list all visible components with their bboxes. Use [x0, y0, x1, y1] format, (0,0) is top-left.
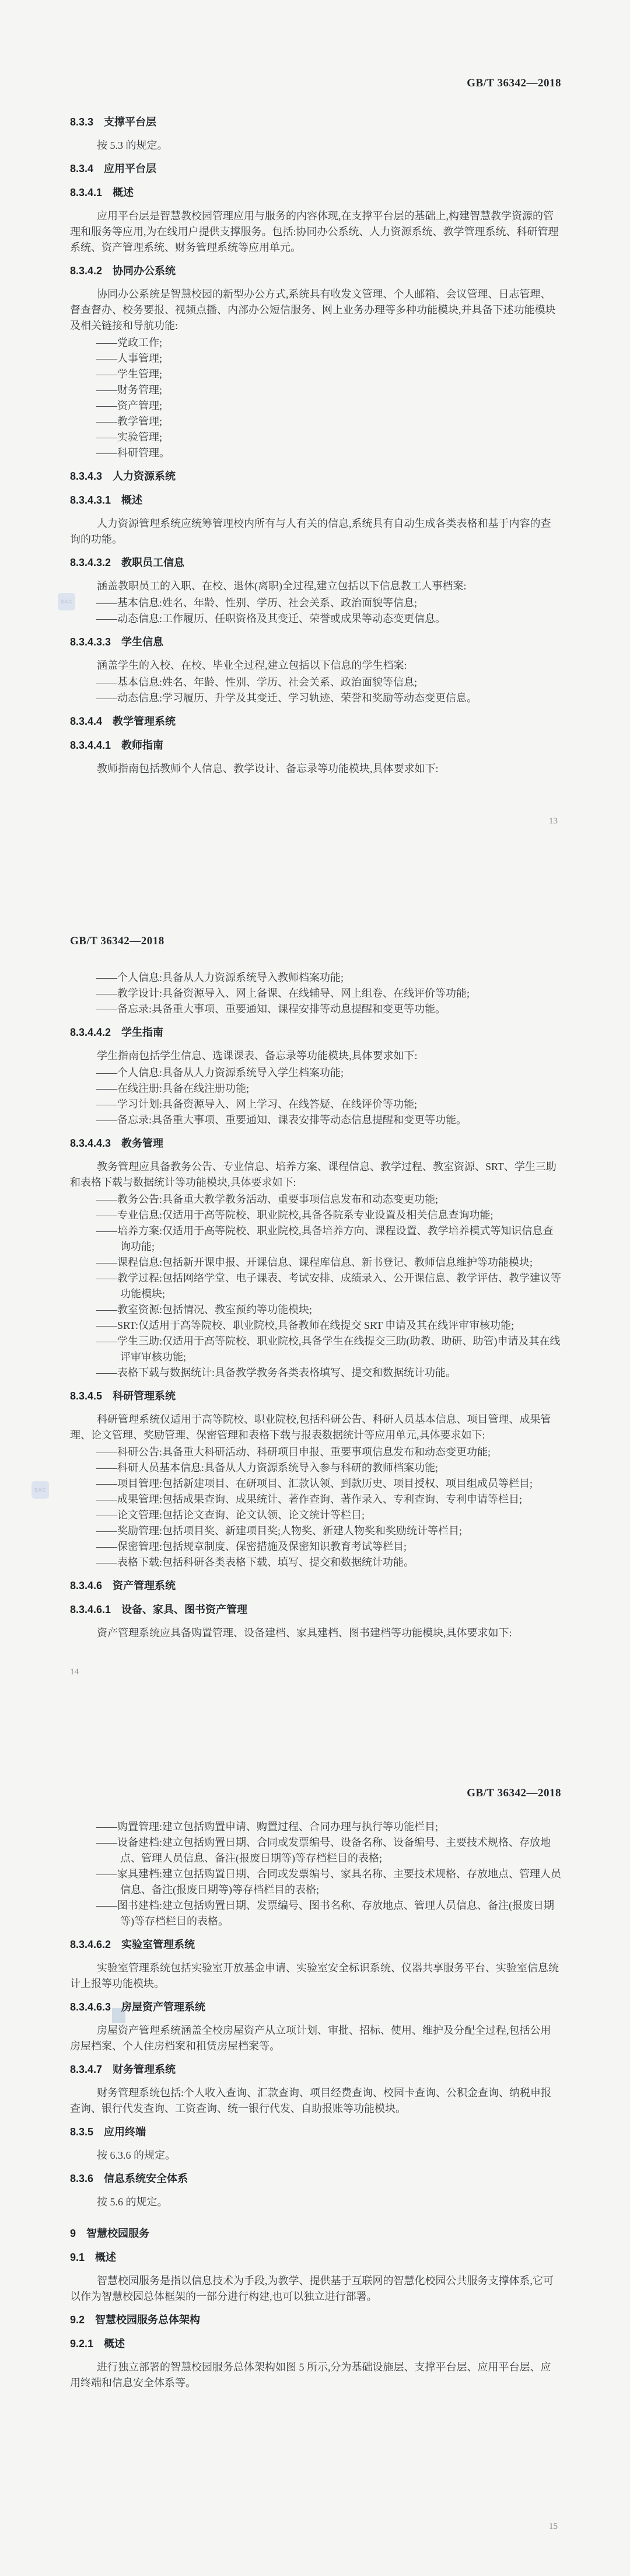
- clause-heading: 8.3.4 应用平台层: [70, 160, 561, 177]
- clause-heading: 8.3.4.3.3 学生信息: [70, 634, 561, 651]
- dash-list-item: ——基本信息:姓名、年龄、性别、学历、社会关系、政治面貌等信息;: [70, 675, 561, 690]
- document-page-15: GB/T 36342—2018 ——购置管理:建立包括购置申请、购置过程、合同办…: [0, 1727, 630, 2576]
- dash-list-item: ——教学管理;: [70, 414, 561, 430]
- clause-heading: 8.3.4.4.1 教师指南: [70, 737, 561, 754]
- paragraph: 人力资源管理系统应统筹管理校内所有与人有关的信息,系统具有自动生成各类表格和基于…: [70, 516, 561, 547]
- page-body: ——个人信息:具备从人力资源系统导入教师档案功能;——教学设计:具备资源导入、网…: [70, 970, 561, 1641]
- dash-list-item: ——人事管理;: [70, 351, 561, 366]
- paragraph: 学生指南包括学生信息、选课课表、备忘录等功能模块,具体要求如下:: [70, 1048, 561, 1064]
- paragraph: 涵盖教职员工的入职、在校、退休(离职)全过程,建立包括以下信息教工人事档案:: [70, 578, 561, 594]
- dash-list-item: ——基本信息:姓名、年龄、性别、学历、社会关系、政治面貌等信息;: [70, 595, 561, 611]
- dash-list-item: ——图书建档:建立包括购置日期、发票编号、图书名称、存放地点、管理人员信息、备注…: [70, 1898, 561, 1929]
- clause-heading: 8.3.3 支撑平台层: [70, 114, 561, 131]
- dash-list-item: ——学生管理;: [70, 366, 561, 382]
- dash-list-item: ——个人信息:具备从人力资源系统导入教师档案功能;: [70, 970, 561, 986]
- clause-heading: 8.3.4.4 教学管理系统: [70, 713, 561, 730]
- clause-heading: 8.3.6 信息系统安全体系: [70, 2170, 561, 2187]
- paragraph: 进行独立部署的智慧校园服务总体架构如图 5 所示,分为基础设施层、支撑平台层、应…: [70, 2359, 561, 2391]
- page-number: 14: [70, 1667, 79, 1677]
- paragraph: 资产管理系统应具备购置管理、设备建档、家具建档、图书建档等功能模块,具体要求如下…: [70, 1625, 561, 1641]
- paragraph: 房屋资产管理系统涵盖全校房屋资产从立项计划、审批、招标、使用、维护及分配全过程,…: [70, 2023, 561, 2054]
- clause-heading: 8.3.4.6.3 房屋资产管理系统: [70, 1999, 561, 2016]
- dash-list-item: ——教学过程:包括网络学堂、电子课表、考试安排、成绩录入、公开课信息、教学评估、…: [70, 1270, 561, 1302]
- clause-heading: 8.3.4.5 科研管理系统: [70, 1388, 561, 1405]
- dash-list-item: ——科研管理。: [70, 445, 561, 461]
- paragraph: 涵盖学生的入校、在校、毕业全过程,建立包括以下信息的学生档案:: [70, 658, 561, 673]
- clause-heading: 9.2 智慧校园服务总体架构: [70, 2312, 561, 2329]
- dash-list-item: ——表格下载:包括科研各类表格下载、填写、提交和数据统计功能。: [70, 1555, 561, 1570]
- scan-highlight-artifact: [112, 2008, 125, 2023]
- dash-list-item: ——奖励管理:包括项目奖、新建项目奖;人物奖、新建人物奖和奖励统计等栏目;: [70, 1523, 561, 1539]
- paragraph: 科研管理系统仅适用于高等院校、职业院校,包括科研公告、科研人员基本信息、项目管理…: [70, 1412, 561, 1443]
- clause-heading: 9 智慧校园服务: [70, 2225, 561, 2242]
- clause-heading: 8.3.4.4.3 教务管理: [70, 1135, 561, 1152]
- document-page-13: GB/T 36342—2018 8.3.3 支撑平台层按 5.3 的规定。8.3…: [0, 0, 630, 852]
- paragraph: 教师指南包括教师个人信息、教学设计、备忘录等功能模块,具体要求如下:: [70, 761, 561, 777]
- dash-list-item: ——个人信息:具备从人力资源系统导入学生档案功能;: [70, 1065, 561, 1081]
- clause-heading: 9.2.1 概述: [70, 2336, 561, 2352]
- sac-watermark-icon: SAC: [32, 1481, 49, 1499]
- document-page-14: GB/T 36342—2018 ——个人信息:具备从人力资源系统导入教师档案功能…: [0, 852, 630, 1727]
- dash-list-item: ——科研人员基本信息:具备从人力资源系统导入参与科研的教师档案功能;: [70, 1460, 561, 1476]
- paragraph: 协同办公系统是智慧校园的新型办公方式,系统具有收发文管理、个人邮箱、会议管理、日…: [70, 287, 561, 334]
- dash-list-item: ——学生三助:仅适用于高等院校、职业院校,具备学生在线提交三助(助教、助研、助管…: [70, 1334, 561, 1365]
- clause-heading: 8.3.4.6 资产管理系统: [70, 1577, 561, 1594]
- dash-list-item: ——学习计划:具备资源导入、网上学习、在线答疑、在线评价等功能;: [70, 1097, 561, 1112]
- dash-list-item: ——项目管理:包括新建项目、在研项目、汇款认领、到款历史、项目授权、项目组成员等…: [70, 1476, 561, 1492]
- running-header: GB/T 36342—2018: [70, 75, 561, 92]
- dash-list-item: ——课程信息:包括新开课申报、开课信息、课程库信息、新书登记、教师信息维护等功能…: [70, 1255, 561, 1270]
- paragraph: 应用平台层是智慧教校园管理应用与服务的内容体现,在支撑平台层的基础上,构建智慧教…: [70, 208, 561, 256]
- running-header: GB/T 36342—2018: [70, 1785, 561, 1802]
- dash-list-item: ——科研公告:具备重大科研活动、科研项目申报、重要事项信息发布和动态变更功能;: [70, 1444, 561, 1460]
- dash-list-item: ——教务公告:具备重大教学教务活动、重要事项信息发布和动态变更功能;: [70, 1192, 561, 1207]
- scanned-standard-document: GB/T 36342—2018 8.3.3 支撑平台层按 5.3 的规定。8.3…: [0, 0, 630, 2576]
- dash-list-item: ——论文管理:包括论文查询、论文认领、论文统计等栏目;: [70, 1507, 561, 1523]
- running-header: GB/T 36342—2018: [70, 933, 561, 950]
- dash-list-item: ——保密管理:包括规章制度、保密措施及保密知识教育考试等栏目;: [70, 1539, 561, 1555]
- dash-list-item: ——党政工作;: [70, 335, 561, 351]
- dash-list-item: ——资产管理;: [70, 398, 561, 414]
- paragraph: 智慧校园服务是指以信息技术为手段,为教学、提供基于互联网的智慧化校园公共服务支撑…: [70, 2273, 561, 2305]
- dash-list-item: ——家具建档:建立包括购置日期、合同或发票编号、家具名称、主要技术规格、存放地点…: [70, 1866, 561, 1898]
- clause-heading: 8.3.4.4.2 学生指南: [70, 1024, 561, 1041]
- paragraph: 按 5.6 的规定。: [70, 2194, 561, 2210]
- dash-list-item: ——专业信息:仅适用于高等院校、职业院校,具备各院系专业设置及相关信息查询功能;: [70, 1207, 561, 1223]
- sac-watermark-icon: SAC: [58, 593, 75, 610]
- page-body: 8.3.3 支撑平台层按 5.3 的规定。8.3.4 应用平台层8.3.4.1 …: [70, 114, 561, 777]
- paragraph: 财务管理系统包括:个人收入查询、汇款查询、项目经费查询、校园卡查询、公积金查询、…: [70, 2085, 561, 2117]
- dash-list-item: ——教学设计:具备资源导入、网上备课、在线辅导、网上组卷、在线评价等功能;: [70, 986, 561, 1001]
- dash-list-item: ——备忘录:具备重大事项、重要通知、课程安排等动息提醒和变更等功能。: [70, 1001, 561, 1017]
- clause-heading: 8.3.4.3.2 教职员工信息: [70, 554, 561, 571]
- page-number: 15: [549, 2522, 558, 2532]
- dash-list-item: ——实验管理;: [70, 430, 561, 445]
- dash-list-item: ——动态信息:工作履历、任职资格及其变迁、荣誉或成果等动态变更信息。: [70, 611, 561, 627]
- clause-heading: 8.3.4.2 协同办公系统: [70, 263, 561, 280]
- clause-heading: 8.3.4.3 人力资源系统: [70, 468, 561, 485]
- dash-list-item: ——成果管理:包括成果查询、成果统计、著作查询、著作录入、专利查询、专利申请等栏…: [70, 1492, 561, 1507]
- clause-heading: 8.3.4.1 概述: [70, 184, 561, 201]
- clause-heading: 8.3.4.6.1 设备、家具、图书资产管理: [70, 1601, 561, 1618]
- dash-list-item: ——财务管理;: [70, 382, 561, 398]
- paragraph: 按 5.3 的规定。: [70, 138, 561, 153]
- paragraph: 教务管理应具备教务公告、专业信息、培养方案、课程信息、教学过程、教室资源、SRT…: [70, 1159, 561, 1191]
- dash-list-item: ——在线注册:具备在线注册功能;: [70, 1081, 561, 1097]
- dash-list-item: ——SRT:仅适用于高等院校、职业院校,具备教师在线提交 SRT 申请及其在线评…: [70, 1318, 561, 1334]
- page-number: 13: [549, 816, 558, 826]
- clause-heading: 8.3.4.7 财务管理系统: [70, 2061, 561, 2078]
- clause-heading: 8.3.5 应用终端: [70, 2124, 561, 2141]
- dash-list-item: ——培养方案:仅适用于高等院校、职业院校,具备培养方向、课程设置、教学培养模式等…: [70, 1223, 561, 1255]
- paragraph: 实验室管理系统包括实验室开放基金申请、实验室安全标识系统、仪器共享服务平台、实验…: [70, 1960, 561, 1992]
- dash-list-item: ——设备建档:建立包括购置日期、合同或发票编号、设备名称、设备编号、主要技术规格…: [70, 1835, 561, 1866]
- paragraph: 按 6.3.6 的规定。: [70, 2148, 561, 2163]
- clause-heading: 8.3.4.6.2 实验室管理系统: [70, 1936, 561, 1953]
- dash-list-item: ——备忘录:具备重大事项、重要通知、课表安排等动态信息提醒和变更等功能。: [70, 1112, 561, 1128]
- page-body: ——购置管理:建立包括购置申请、购置过程、合同办理与执行等功能栏目;——设备建档…: [70, 1819, 561, 2391]
- dash-list-item: ——动态信息:学习履历、升学及其变迁、学习轨迹、荣誉和奖励等动态变更信息。: [70, 690, 561, 706]
- dash-list-item: ——表格下载与数据统计:具备教学教务各类表格填写、提交和数据统计功能。: [70, 1365, 561, 1381]
- dash-list-item: ——购置管理:建立包括购置申请、购置过程、合同办理与执行等功能栏目;: [70, 1819, 561, 1835]
- clause-heading: 9.1 概述: [70, 2249, 561, 2266]
- clause-heading: 8.3.4.3.1 概述: [70, 492, 561, 509]
- dash-list-item: ——教室资源:包括情况、教室预约等功能模块;: [70, 1302, 561, 1318]
